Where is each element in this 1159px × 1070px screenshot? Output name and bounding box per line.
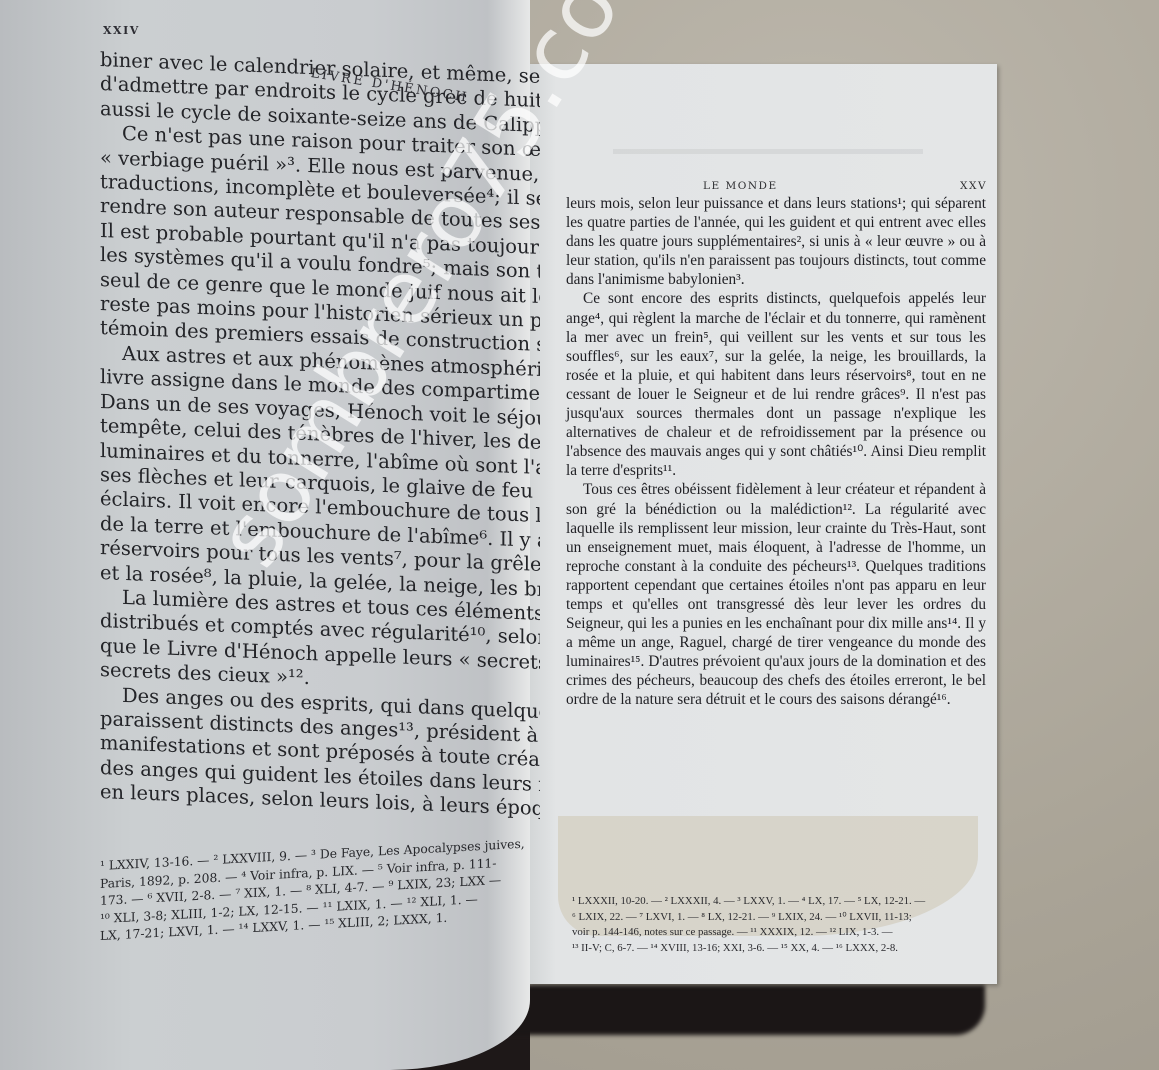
footnote-line: ¹ LXXXII, 10-20. — ² LXXXII, 4. — ³ LXXV…	[572, 894, 987, 910]
running-head-title: LE MONDE	[703, 180, 778, 192]
page-number: XXIV	[103, 24, 140, 37]
footnotes-left: ¹ LXXIV, 13-16. — ² LXXVIII, 9. — ³ De F…	[100, 835, 530, 945]
paragraph: Ce sont encore des esprits distincts, qu…	[566, 289, 986, 480]
body-text-left: biner avec le calendrier solaire, et mêm…	[100, 48, 540, 845]
footnotes-right: ¹ LXXXII, 10-20. — ² LXXXII, 4. — ³ LXXV…	[572, 894, 987, 956]
footnote-line: voir p. 144-146, notes sur ce passage. —…	[572, 925, 987, 941]
body-text-right: leurs mois, selon leur puissance et dans…	[566, 194, 986, 710]
footnote-line: ¹³ II-V; C, 6-7. — ¹⁴ XVIII, 13-16; XXI,…	[572, 941, 987, 957]
book-shadow	[505, 985, 985, 1035]
footnote-line: ⁶ LXIX, 22. — ⁷ LXVI, 1. — ⁸ LX, 12-21. …	[572, 910, 987, 926]
right-page: LE MONDE XXV leurs mois, selon leur puis…	[528, 64, 997, 984]
page-number: XXV	[960, 180, 987, 192]
show-through-text	[613, 149, 923, 154]
paragraph: Tous ces êtres obéissent fidèlement à le…	[566, 480, 986, 709]
paragraph: leurs mois, selon leur puissance et dans…	[566, 194, 986, 289]
left-page: XXIV LIVRE D'HÉNOCH biner avec le calend…	[0, 0, 530, 1070]
